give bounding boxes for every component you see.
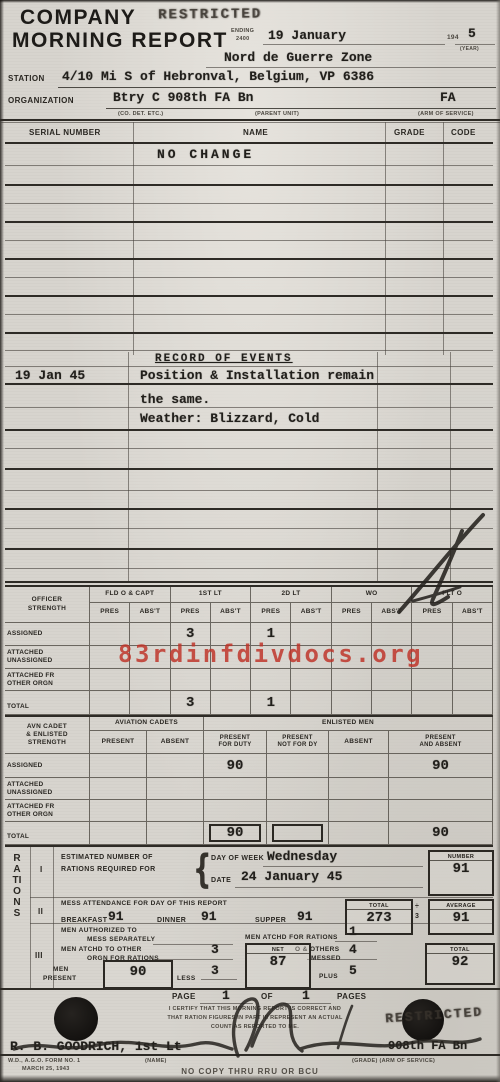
subcol-abst: ABS'T [211, 603, 251, 623]
subcol-pres: PRES [412, 603, 452, 623]
subcol-present-for-duty: PRESENTFOR DUTY [204, 731, 267, 754]
atchd-other-label1: MEN ATCHD TO OTHER [61, 946, 142, 953]
events-line1: Position & Installation remain [140, 368, 374, 383]
less-label: LESS [177, 975, 196, 982]
plus-label: PLUS [319, 973, 338, 980]
rule [30, 897, 493, 898]
rule [5, 508, 493, 510]
atchd-for-rations-value: 1 [349, 924, 357, 939]
caption-parent-unit: (PARENT UNIT) [255, 111, 299, 117]
form-title-morning-report: MORNING REPORT [12, 29, 228, 53]
date-label: DATE [211, 877, 231, 884]
cell [147, 754, 204, 778]
col-group-flt-o: FLT O [412, 587, 493, 603]
rule [5, 314, 493, 315]
average-value: 91 [430, 910, 492, 926]
cell [329, 800, 389, 822]
record-of-events: RECORD OF EVENTS 19 Jan 45 Position & In… [5, 352, 493, 583]
cell [251, 669, 291, 691]
number-box: NUMBER 91 [428, 850, 494, 896]
subcol-pres: PRES [90, 603, 130, 623]
vline [133, 122, 134, 355]
men-present-value: 90 [105, 962, 171, 983]
enlisted-strength-table: AVN CADET & ENLISTED STRENGTH AVIATION C… [5, 715, 493, 847]
subcol-abst: ABS'T [291, 603, 331, 623]
officer-total-2dlt-pres: 1 [251, 691, 291, 715]
rule [307, 959, 377, 960]
caption-co-det: (CO. DET. ETC.) [118, 111, 163, 117]
brace: { [193, 848, 212, 893]
subcol-present-and-absent: PRESENTAND ABSENT [389, 731, 493, 754]
men-label: MEN [53, 966, 69, 973]
rule [5, 221, 493, 223]
roster-col-name: NAME [243, 128, 268, 137]
cell [90, 669, 130, 691]
morning-report-scan: COMPANY MORNING REPORT RESTRICTED ENDING… [0, 0, 500, 1082]
section-i-numeral: I [40, 865, 43, 874]
organization-underline [106, 108, 496, 109]
cell [90, 778, 147, 800]
certification-line3: COUNT AS REPORTED TO ME. [110, 1024, 400, 1030]
officer-title-line2: STRENGTH [28, 605, 66, 613]
cell [453, 623, 493, 646]
cell [453, 669, 493, 691]
row-label: UNASSIGNED [7, 657, 89, 665]
rule [5, 277, 493, 278]
rule [5, 528, 493, 529]
rule [5, 332, 493, 334]
cell [90, 822, 147, 845]
subcol-absent: ABSENT [147, 731, 204, 754]
no-copy-stamp: NO COPY THRU RRU OR BCU [150, 1067, 350, 1076]
mess-attendance-label: MESS ATTENDANCE FOR DAY OF THIS REPORT [61, 900, 227, 907]
supper-value: 91 [297, 909, 313, 924]
rule [5, 468, 493, 470]
rule [5, 165, 493, 166]
roster-col-serial: SERIAL NUMBER [29, 128, 101, 137]
cell [329, 754, 389, 778]
roster-table: SERIAL NUMBER NAME GRADE CODE NO CHANGE [5, 122, 493, 355]
rule [5, 429, 493, 431]
name-caption: (NAME) [145, 1058, 167, 1064]
avn-assigned-present-and-absent: 90 [389, 754, 493, 778]
row-total: TOTAL [5, 691, 90, 715]
rule [5, 258, 493, 260]
row-label: OTHER ORGN [7, 680, 89, 688]
cell [291, 669, 331, 691]
vline [385, 122, 386, 355]
net-value: 87 [247, 954, 309, 970]
cell [372, 669, 412, 691]
row-total: TOTAL [5, 822, 90, 845]
cell [412, 691, 452, 715]
supper-label: SUPPER [255, 917, 286, 924]
cell [389, 800, 493, 822]
vline [30, 847, 31, 990]
subcol-pres: PRES [332, 603, 372, 623]
rule [5, 240, 493, 241]
auth-mess-label1: MEN AUTHORIZED TO [61, 927, 137, 934]
station-underline [58, 87, 496, 88]
rations-date-value: 24 January 45 [241, 869, 342, 884]
certification-line2: THAT RATION FIGURES IN PART III REPRESEN… [110, 1015, 400, 1021]
plus-value: 5 [349, 963, 357, 978]
day-of-week-value: Wednesday [267, 849, 337, 864]
rule [5, 203, 493, 204]
rule [263, 866, 423, 867]
rule [5, 407, 493, 408]
group-aviation-cadets: AVIATION CADETS [90, 717, 204, 731]
others-messed-value: 4 [349, 942, 357, 957]
ending-label: ENDING [231, 28, 254, 34]
row-label: ATTACHED [7, 649, 89, 657]
cell [267, 778, 329, 800]
rule [5, 350, 493, 351]
atchd-for-rations-label: MEN ATCHD FOR RATIONS [245, 934, 338, 941]
row-assigned: ASSIGNED [5, 754, 90, 778]
year-caption: (YEAR) [460, 46, 479, 52]
cell [332, 669, 372, 691]
net-box: NET 87 [245, 943, 311, 989]
form-number-line1: W.D., A.G.O. FORM NO. 1 [8, 1058, 80, 1064]
of-label: OF [261, 992, 273, 1001]
scan-edge-top [0, 0, 500, 3]
mess-total-label: TOTAL [347, 901, 411, 910]
dinner-value: 91 [201, 909, 217, 924]
rule [5, 383, 493, 385]
avn-total-present-and-absent: 90 [389, 822, 493, 845]
rule [201, 979, 237, 980]
net-label: NET [247, 945, 309, 954]
col-group-wo: WO [332, 587, 413, 603]
page-label: PAGE [172, 992, 196, 1001]
row-assigned: ASSIGNED [5, 623, 90, 646]
rule [153, 944, 233, 945]
events-date: 19 Jan 45 [15, 368, 85, 383]
avn-title-line1: AVN CADET [27, 723, 67, 731]
subcol-absent-em: ABSENT [329, 731, 389, 754]
scan-edge-right [496, 0, 500, 1082]
officer-strength-title: OFFICER STRENGTH [5, 587, 90, 623]
cell [204, 800, 267, 822]
avn-total-present-not-for-duty [267, 822, 329, 845]
cell [329, 822, 389, 845]
roster-entry: NO CHANGE [157, 147, 254, 162]
caption-arm-service: (ARM OF SERVICE) [418, 111, 474, 117]
avn-assigned-present-for-duty: 90 [204, 754, 267, 778]
cell [211, 691, 251, 715]
avn-title-line3: STRENGTH [28, 739, 66, 747]
year-value: 5 [468, 26, 476, 41]
cell [171, 669, 211, 691]
divide-sign: ÷ [415, 903, 419, 910]
cell [90, 754, 147, 778]
year-underline [455, 44, 495, 45]
avn-total-present-for-duty: 90 [204, 822, 267, 845]
group-enlisted-men: ENLISTED MEN [204, 717, 493, 731]
cell [372, 691, 412, 715]
cell [130, 669, 170, 691]
zone-value: Nord de Guerre Zone [224, 50, 372, 65]
events-line3: Weather: Blizzard, Cold [140, 411, 319, 426]
roster-col-grade: GRADE [394, 128, 425, 137]
grade-arm-caption: (GRADE) (ARM OF SERVICE) [352, 1058, 435, 1064]
scan-edge-left [0, 0, 4, 1082]
subcol-abst: ABS'T [130, 603, 170, 623]
day-of-week-label: DAY OF WEEK [211, 855, 264, 862]
breakfast-label: BREAKFAST [61, 917, 107, 924]
avn-title: AVN CADET & ENLISTED STRENGTH [5, 717, 90, 754]
cell [267, 754, 329, 778]
footer: PAGE 1 OF 1 PAGES I CERTIFY THAT THIS MO… [0, 988, 500, 1082]
auth-mess-label2: MESS SEPARATELY [87, 936, 155, 943]
subcol-pres: PRES [251, 603, 291, 623]
row-label: ASSIGNED [7, 630, 89, 638]
rule [5, 366, 493, 367]
site-watermark: 83rdinfdivdocs.org [118, 640, 423, 668]
form-number-line2: MARCH 25, 1943 [22, 1066, 70, 1072]
vline [443, 122, 444, 355]
cell [389, 778, 493, 800]
rule [5, 581, 493, 583]
page-value: 1 [222, 988, 230, 1003]
date-underline [263, 44, 445, 45]
events-line2: the same. [140, 392, 210, 407]
avn-title-line2: & ENLISTED [26, 731, 68, 739]
dinner-label: DINNER [157, 917, 186, 924]
cell [130, 691, 170, 715]
pages-value: 1 [302, 988, 310, 1003]
rule [235, 887, 423, 888]
rule [5, 295, 493, 297]
subcol-abst: ABS'T [372, 603, 412, 623]
subcol-present: PRESENT [90, 731, 147, 754]
row-attached-unassigned: ATTACHED UNASSIGNED [5, 646, 90, 669]
officer-total-1stlt-pres: 3 [171, 691, 211, 715]
rule [5, 568, 493, 569]
divisor: 3 [415, 913, 419, 920]
cell [147, 822, 204, 845]
rule [200, 1003, 253, 1004]
cell [147, 800, 204, 822]
row-label: ATTACHED FR [7, 672, 89, 680]
number-label: NUMBER [430, 852, 492, 861]
row-attached-unassigned: ATTACHEDUNASSIGNED [5, 778, 90, 800]
year-prefix: 194 [447, 34, 459, 41]
form-title-company: COMPANY [20, 6, 136, 30]
cell [332, 691, 372, 715]
rule [5, 448, 493, 449]
row-label: TOTAL [7, 703, 89, 711]
section-rule [0, 119, 500, 121]
col-group-fldo-capt: FLD O & CAPT [90, 587, 171, 603]
rations-total-value: 92 [427, 954, 493, 970]
cell [453, 646, 493, 669]
station-value: 4/10 Mi S of Hebronval, Belgium, VP 6386 [62, 69, 374, 84]
officer-title-line1: OFFICER [32, 596, 63, 604]
cell [211, 669, 251, 691]
rations-vertical-label: RATIONS [11, 853, 23, 919]
present-label: PRESENT [43, 975, 77, 982]
signed-unit-typed: 908th FA Bn [388, 1039, 467, 1053]
rule [5, 548, 493, 550]
cell [291, 691, 331, 715]
rule [5, 184, 493, 186]
number-value: 91 [430, 861, 492, 877]
cell [453, 691, 493, 715]
subcol-present-not-for-duty: PRESENTNOT FOR DY [267, 731, 329, 754]
rule [283, 1003, 331, 1004]
ending-time-label: 2400 [236, 36, 249, 42]
rations-section: RATIONS I ESTIMATED NUMBER OF RATIONS RE… [5, 845, 493, 990]
cell [147, 778, 204, 800]
rule [5, 142, 493, 144]
report-date-value: 19 January [268, 28, 346, 43]
subcol-abst: ABS'T [453, 603, 493, 623]
organization-label: ORGANIZATION [8, 96, 74, 105]
organization-value: Btry C 908th FA Bn [113, 90, 253, 105]
arm-of-service-value: FA [440, 90, 456, 105]
men-present-box: 90 [103, 960, 173, 989]
less-value: 3 [211, 963, 219, 978]
col-group-2d-lt: 2D LT [251, 587, 332, 603]
section-iii-numeral: III [35, 951, 43, 960]
average-label: AVERAGE [430, 901, 492, 910]
row-attached-fr-other: ATTACHED FR OTHER ORGN [5, 669, 90, 691]
cell [267, 800, 329, 822]
rule [0, 1054, 500, 1056]
signed-name-typed: R. B. GOODRICH, 1st Lt [10, 1039, 182, 1054]
pages-label: PAGES [337, 992, 366, 1001]
section-ii-numeral: II [38, 907, 43, 916]
col-group-1st-lt: 1ST LT [171, 587, 252, 603]
cell [412, 669, 452, 691]
breakfast-value: 91 [108, 909, 124, 924]
rations-i-label2: RATIONS REQUIRED FOR [61, 866, 156, 873]
rations-i-label1: ESTIMATED NUMBER OF [61, 854, 153, 861]
cell [204, 778, 267, 800]
cell [90, 800, 147, 822]
atchd-other-value: 3 [211, 942, 219, 957]
rations-total-box: TOTAL 92 [425, 943, 495, 985]
cell [90, 691, 130, 715]
rations-total-label: TOTAL [427, 945, 493, 954]
row-attached-fr-other: ATTACHED FROTHER ORGN [5, 800, 90, 822]
certification-line1: I CERTIFY THAT THIS MORNING REPORT IS CO… [110, 1006, 400, 1012]
rule [5, 490, 493, 491]
cell [329, 778, 389, 800]
station-label: STATION [8, 74, 45, 83]
events-title: RECORD OF EVENTS [155, 353, 293, 365]
restricted-stamp-top: RESTRICTED [158, 6, 262, 23]
roster-col-code: CODE [451, 128, 476, 137]
zone-underline [206, 67, 496, 68]
punch-hole-left [54, 997, 98, 1041]
subcol-pres: PRES [171, 603, 211, 623]
average-box: AVERAGE 91 [428, 899, 494, 935]
